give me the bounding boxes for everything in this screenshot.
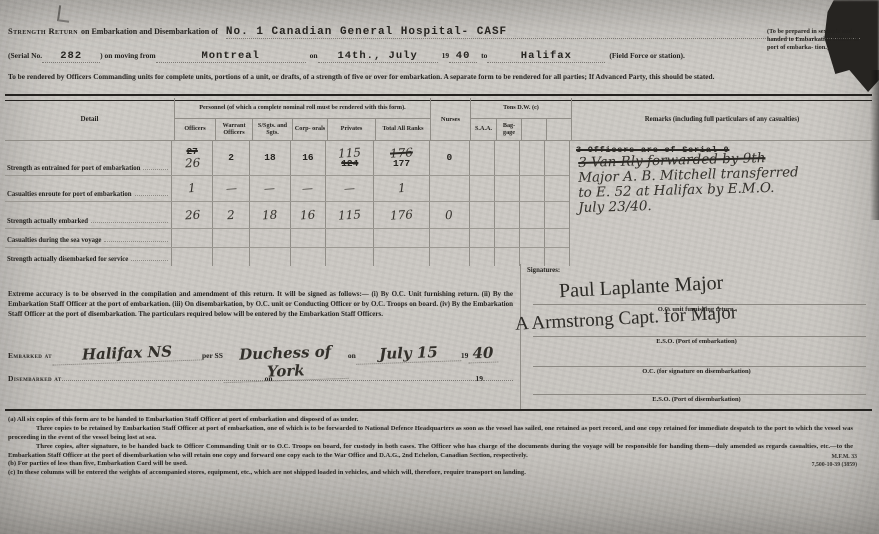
detail-column-header: Detail [5, 98, 174, 140]
cells-tons [469, 229, 569, 247]
table-body: Strength as entrained for port of embark… [5, 141, 872, 266]
disembark-year-prefix: 19 [476, 374, 484, 383]
cell-sgts: — [249, 176, 289, 201]
cell-nurses [429, 176, 469, 201]
footnote-b: (b) For parties of less than five, Embar… [8, 460, 853, 469]
disembark-on-label: on [265, 374, 273, 383]
cell-officers: 26 [171, 202, 211, 228]
col-header-remarks: Remarks (including full particulars of a… [571, 98, 872, 140]
table-row-strength-disembarked: Strength actually disembarked for servic… [5, 248, 569, 266]
unit-name-value: No. 1 Canadian General Hospital- CASF [226, 26, 860, 39]
form-title-rest: on Embarkation and Disembarkation of [81, 27, 218, 36]
pencil-mark [57, 5, 71, 23]
destination-value: Halifax [487, 50, 605, 63]
table-rows: Strength as entrained for port of embark… [5, 141, 569, 266]
table-row-casualties-sea-voyage: Casualties during the sea voyage [5, 229, 569, 248]
cell-total: 1 [373, 176, 428, 201]
signature-label-eso-embark: E.S.O. (Port of embarkation) [521, 338, 872, 345]
col-header-privates: Privates [327, 119, 375, 140]
moving-from-label: ) on moving from [100, 51, 156, 60]
disembarked-at-label: Disembarked at [8, 374, 62, 383]
cell-privates: 115124 [325, 141, 373, 175]
cell-nurses: 0 [429, 202, 469, 228]
footnote-a1: Three copies to be retained by Embarkati… [8, 425, 853, 443]
print-code: 7,500-10-39 (3859) [812, 461, 857, 469]
dotted-leader [104, 240, 168, 242]
row-label: Casualties during the sea voyage [5, 229, 171, 247]
rendering-instructions: To be rendered by Officers Commanding un… [8, 72, 853, 81]
embarked-at-label: Embarked at [8, 351, 52, 360]
cell-nurses: 0 [429, 141, 469, 175]
prepared-note: (To be prepared in sextuple and handed t… [767, 28, 863, 52]
form-number: M.F.M. 33 7,500-10-39 (3859) [812, 453, 857, 469]
footnote-a: (a) All six copies of this form are to b… [8, 416, 853, 425]
cell-total: 176177 [373, 141, 428, 175]
serial-and-route-line: (Serial No. 282 ) on moving from Montrea… [8, 50, 758, 63]
col-header-saa: S.A.A. [471, 119, 496, 140]
date-value: 14th., July [318, 50, 438, 63]
footnote-a2: Three copies, after signature, to be han… [8, 443, 853, 461]
footnote-c: (c) In these columns will be entered the… [8, 469, 853, 478]
dotted-leader [135, 194, 169, 196]
cell-officers: 1 [171, 176, 211, 201]
dotted-leader [91, 221, 168, 223]
row-label: Strength actually disembarked for servic… [5, 248, 171, 266]
signature-oc-unit: Paul Laplante Major [559, 272, 724, 304]
cell-warrant: 2 [212, 141, 249, 175]
remarks-cell: 3 Officers are of Serial 0 3 Van Rly for… [569, 141, 872, 266]
col-header-officers: Officers [175, 119, 215, 140]
cells-tons [469, 141, 569, 175]
cell-privates: — [325, 176, 373, 201]
footer-divider-rule [5, 409, 872, 414]
tons-column-group: Tons D.W. (c) S.A.A. Bag- gage [470, 98, 571, 140]
cells-tons [469, 176, 569, 201]
cell-corporals: 16 [290, 141, 325, 175]
year-prefix: 19 [442, 51, 450, 60]
embark-port-value: Halifax NS [52, 341, 203, 365]
row-label: Strength actually embarked [5, 202, 171, 228]
embark-on-label: on [348, 351, 356, 360]
signature-line-4 [533, 394, 866, 395]
form-title: Strength Return [8, 26, 78, 36]
col-header-corporals: Corp- orals [292, 119, 327, 140]
on-label: on [310, 51, 318, 60]
dotted-leader [143, 168, 168, 170]
disembarked-line: Disembarked at on 19 [8, 374, 513, 383]
col-header-total-all-ranks: Total All Ranks [375, 119, 430, 140]
signature-line-2 [533, 336, 866, 337]
photographed-strength-return-form: Strength Return on Embarkation and Disem… [0, 0, 879, 534]
col-header-baggage: Bag- gage [496, 119, 521, 140]
strength-table: Detail Personnel (of which a complete no… [5, 98, 872, 266]
disembark-date-blank [273, 380, 476, 381]
per-ss-label: per SS [202, 351, 223, 360]
cell-sgts: 18 [249, 141, 289, 175]
serial-value: 282 [42, 50, 100, 63]
disembark-year-blank [483, 380, 513, 381]
cell-officers: 2726 [171, 141, 211, 175]
personnel-subheaders: Officers Warrant Officers S/Sgts. and Sg… [175, 119, 430, 140]
row-label: Casualties enroute for port of embarkati… [5, 176, 171, 201]
personnel-group-header: Personnel (of which a complete nominal r… [175, 98, 430, 119]
disembark-port-blank [62, 380, 265, 381]
embark-year-value: 40 [468, 343, 499, 363]
signature-label-oc-disembark: O.C. (for signature on disembarkation) [521, 368, 872, 375]
year-value: 40 [449, 50, 477, 63]
form-title-line: Strength Return on Embarkation and Disem… [8, 26, 860, 39]
cell-corporals: — [290, 176, 325, 201]
cell-warrant: 2 [212, 202, 249, 228]
signature-line-3 [533, 366, 866, 367]
signature-label-eso-disembark: E.S.O. (Port of disembarkation) [521, 396, 872, 403]
cells-tons [469, 202, 569, 228]
table-header: Detail Personnel (of which a complete no… [5, 98, 872, 141]
accuracy-note: Extreme accuracy is to be observed in th… [8, 289, 513, 319]
col-header-tons-blank-1 [521, 119, 546, 140]
table-row-casualties-enroute: Casualties enroute for port of embarkati… [5, 176, 569, 202]
dotted-leader [131, 259, 168, 261]
form-number-value: M.F.M. 33 [812, 453, 857, 461]
cell-sgts: 18 [249, 202, 289, 228]
row-label: Strength as entrained for port of embark… [5, 141, 171, 175]
cell-privates: 115 [325, 202, 373, 228]
col-header-nurses: Nurses [430, 98, 470, 140]
embark-date-value: July 15 [356, 342, 462, 365]
cell-warrant: — [212, 176, 249, 201]
tons-subheaders: S.A.A. Bag- gage [471, 119, 571, 140]
signatures-panel: Signatures: O.C. unit furnishing return.… [520, 264, 872, 409]
col-header-tons-blank-2 [546, 119, 571, 140]
personnel-column-group: Personnel (of which a complete nominal r… [174, 98, 430, 140]
serial-label: (Serial No. [8, 51, 42, 60]
col-header-warrant-officers: Warrant Officers [215, 119, 252, 140]
footer-notes: (a) All six copies of this form are to b… [8, 416, 853, 478]
table-row-strength-embarked: Strength actually embarked 26 2 18 16 11… [5, 202, 569, 229]
col-header-sgts: S/Sgts. and Sgts. [252, 119, 292, 140]
moving-from-value: Montreal [156, 50, 306, 63]
cell-total: 176 [373, 202, 428, 228]
table-row-strength-entrained: Strength as entrained for port of embark… [5, 141, 569, 176]
station-label: (Field Force or station). [609, 51, 685, 60]
cell-corporals: 16 [290, 202, 325, 228]
tons-group-header: Tons D.W. (c) [471, 98, 571, 119]
